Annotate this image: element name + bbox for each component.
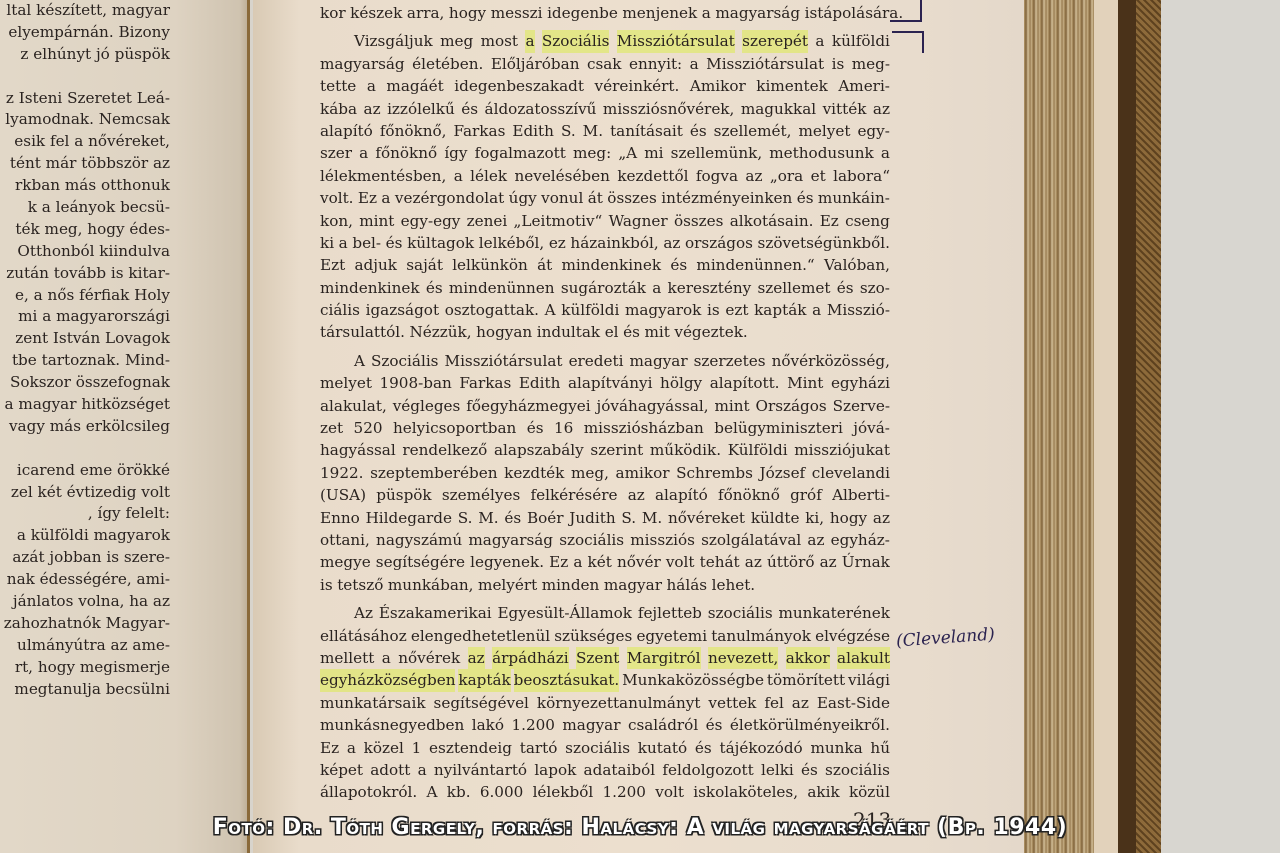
highlight-marker: szerepét	[742, 30, 808, 52]
text-line: ellátásáhozelengedhetetlenülszükségesegy…	[320, 625, 890, 647]
text-line: társulattól.Nézzük,hogyanindultakelésmit…	[320, 321, 890, 343]
gutter	[247, 0, 250, 853]
text-line: zent István Lovagok	[0, 328, 170, 350]
text-line: a magyar hitközséget	[0, 394, 170, 416]
book-cover-cloth	[1136, 0, 1161, 853]
endpaper	[1094, 0, 1120, 853]
text-line: kon,mintegy-egyzenei„Leitmotiv“Wagneröss…	[320, 210, 890, 232]
text-line: alapítófőnöknő,FarkasEdithS.M.tanításait…	[320, 120, 890, 142]
text-line: képetadottanyilvántartólapokadataibólfel…	[320, 759, 890, 781]
text-line: mi a magyarországi	[0, 306, 170, 328]
text-line: munkásnegyedbenlakó1.200magyarcsaládrólé…	[320, 714, 890, 736]
text-line: alakulat,véglegesfőegyházmegyeijóváhagyá…	[320, 395, 890, 417]
highlight-marker: Szociális	[542, 30, 609, 52]
highlight-marker: Margitról	[627, 647, 701, 669]
text-line: rkban más otthonuk	[0, 175, 170, 197]
book-photo: ltal készített, magyarelyempárnán. Bizon…	[0, 0, 1280, 853]
text-line: Ezaközel1esztendeigtartószociáliskutatóé…	[320, 737, 890, 759]
right-page-text: korkészekarra,hogymessziidegenbemenjenek…	[320, 2, 890, 804]
highlight-marker: Missziótársulat	[617, 30, 735, 52]
highlighted-text-line: egyházközségbenkaptákbeosztásukat.Munkak…	[320, 669, 890, 691]
text-line: (USA)püspökszemélyesfelkéréséreazalapító…	[320, 484, 890, 506]
text-line: lyamodnak. Nemcsak	[0, 109, 170, 131]
text-line	[0, 66, 170, 88]
text-line: melyet1908-banFarkasEdithalapítványihölg…	[320, 372, 890, 394]
text-line: rt, hogy megismerje	[0, 657, 170, 679]
text-line: állapotokról.Akb.6.000lélekből1.200volti…	[320, 781, 890, 803]
pen-bracket-close-mark	[890, 0, 922, 22]
text-line: z Isteni Szeretet Leá-	[0, 88, 170, 110]
text-line: zet520helyicsoportbanés16missziósházbanb…	[320, 417, 890, 439]
text-line: zután tovább is kitar-	[0, 263, 170, 285]
text-line: mindenkinekésmindenünnensugároztákakeres…	[320, 277, 890, 299]
text-line: elyempárnán. Bizony	[0, 22, 170, 44]
text-line: ottani,nagyszámúmagyarságszociálismisszi…	[320, 529, 890, 551]
text-line: tetteamagáétidegenbeszakadtvéreinkért.Am…	[320, 75, 890, 97]
text-line: lélekmentésben,aléleknevelésébenkezdettő…	[320, 165, 890, 187]
highlight-marker: egyházközségben	[320, 669, 455, 691]
text-line: ASzociálisMissziótársulateredetimagyarsz…	[320, 350, 890, 372]
text-line: azát jobban is szere-	[0, 547, 170, 569]
highlighted-text-line: VizsgáljukmegmostaSzociálisMissziótársul…	[320, 30, 890, 52]
text-line: munkatársaiksegítségévelkörnyezettanulmá…	[320, 692, 890, 714]
text-line: e, a nős férfiak Holy	[0, 285, 170, 307]
left-page: ltal készített, magyarelyempárnán. Bizon…	[0, 0, 250, 853]
text-line: kiabel-éskültagoklelkéből,ezházainkból,a…	[320, 232, 890, 254]
text-line: zahozhatnók Magyar-	[0, 613, 170, 635]
highlight-marker: árpádházi	[492, 647, 569, 669]
text-line: icarend eme örökké	[0, 460, 170, 482]
text-line	[0, 438, 170, 460]
text-line: z elhúnyt jó püspök	[0, 44, 170, 66]
highlight-marker: nevezett,	[708, 647, 778, 669]
text-line: megyesegítségérelegyenek.Ezakétnővérvolt…	[320, 551, 890, 573]
text-line: korkészekarra,hogymessziidegenbemenjenek…	[320, 2, 890, 24]
photo-credit-caption: Fotó: Dr. Tóth Gergely, forrás: Halácsy:…	[0, 815, 1280, 840]
text-line: 1922.szeptemberébenkezdtékmeg,amikorSchr…	[320, 462, 890, 484]
text-line: szerafőnöknőígyfogalmazottmeg:„Amiszelle…	[320, 142, 890, 164]
book-cover-edge	[1118, 0, 1136, 853]
text-line: k a leányok becsü-	[0, 197, 170, 219]
highlighted-text-line: mellettanővérekazárpádháziSzentMargitról…	[320, 647, 890, 669]
text-line: ltal készített, magyar	[0, 0, 170, 22]
text-line: megtanulja becsülni	[0, 679, 170, 701]
text-line: Otthonból kiindulva	[0, 241, 170, 263]
pen-bracket-open-mark	[892, 31, 924, 53]
text-line: istetszőmunkában,melyértmindenmagyarhálá…	[320, 574, 890, 596]
highlight-marker: alakult	[837, 647, 890, 669]
text-line: a külföldi magyarok	[0, 525, 170, 547]
text-line: zel két évtizedig volt	[0, 482, 170, 504]
text-line: vagy más erkölcsileg	[0, 416, 170, 438]
table-surface	[1161, 0, 1280, 853]
text-line: Sokszor összefognak	[0, 372, 170, 394]
text-line: esik fel a nővéreket,	[0, 131, 170, 153]
highlight-marker: Szent	[576, 647, 619, 669]
text-line: hagyássalrendelkezőalapszabályszerintműk…	[320, 439, 890, 461]
highlight-marker: kapták	[458, 669, 510, 691]
text-line: magyarságéletében.Előljáróbancsakennyit:…	[320, 53, 890, 75]
left-page-text: ltal készített, magyarelyempárnán. Bizon…	[0, 0, 170, 701]
highlight-marker: beosztásukat.	[514, 669, 620, 691]
text-line: ulmányútra az ame-	[0, 635, 170, 657]
text-line: tbe tartoznak. Mind-	[0, 350, 170, 372]
page-edges	[1024, 0, 1094, 853]
text-line: EnnoHildegardeS.M.ésBoérJudithS.M.nővére…	[320, 507, 890, 529]
text-line: AzÉszakamerikaiEgyesült-Államokfejletteb…	[320, 602, 890, 624]
text-line: , így felelt:	[0, 503, 170, 525]
text-line: nak édességére, ami-	[0, 569, 170, 591]
text-line: kábaazizzólelkűésáldozatosszívűmissziósn…	[320, 98, 890, 120]
text-line: tént már többször az	[0, 153, 170, 175]
text-line: ték meg, hogy édes-	[0, 219, 170, 241]
highlight-marker: az	[468, 647, 485, 669]
highlight-marker: akkor	[786, 647, 830, 669]
text-line: ciálisigazságotosztogattak.Akülföldimagy…	[320, 299, 890, 321]
right-page: korkészekarra,hogymessziidegenbemenjenek…	[253, 0, 1028, 853]
text-line: jánlatos volna, ha az	[0, 591, 170, 613]
text-line: volt.Ezavezérgondolatúgyvonulátösszesint…	[320, 187, 890, 209]
highlight-marker: a	[525, 30, 534, 52]
text-line: Eztadjuksajátlelkünkönátmindenkinekésmin…	[320, 254, 890, 276]
